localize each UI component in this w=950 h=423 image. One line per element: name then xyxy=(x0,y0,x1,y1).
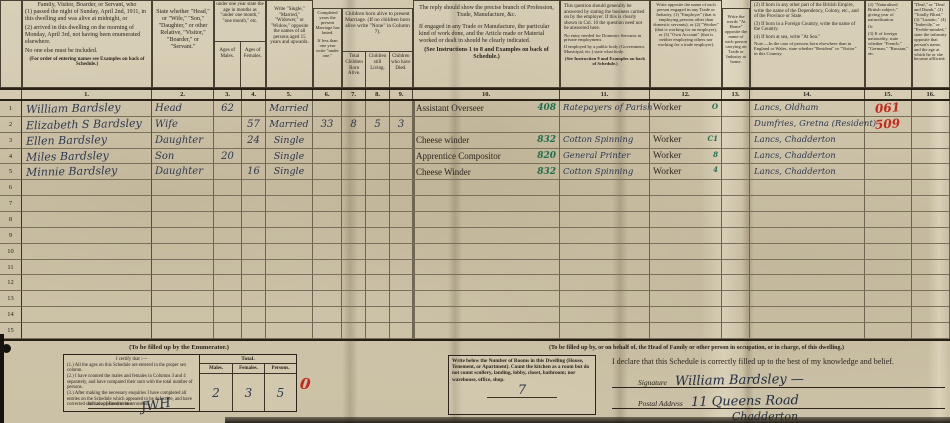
cell-industry xyxy=(560,180,650,196)
cell-age-males xyxy=(214,133,242,149)
row-number: 14 xyxy=(0,307,22,323)
cell-years-married xyxy=(313,323,342,339)
row-number: 5 xyxy=(0,164,22,180)
table-row: 7 xyxy=(0,196,950,212)
colnum-13: 13. xyxy=(722,90,750,99)
row-number: 10 xyxy=(0,244,22,260)
cell-age-males xyxy=(214,117,242,133)
declaration-block: I declare that this Schedule is correctl… xyxy=(612,357,945,423)
header-col15-item2: (2) "Naturalised British subject," givin… xyxy=(868,3,909,23)
cell-relationship-text: Wife xyxy=(152,119,178,130)
cell-relationship xyxy=(152,291,214,307)
signature-label: Signature xyxy=(638,378,667,387)
cell-relationship xyxy=(152,275,214,291)
row-number-text: 12 xyxy=(7,279,14,286)
cell-relationship-text: Daughter xyxy=(152,135,203,146)
cell-employment-status-code: C1 xyxy=(708,134,718,143)
cell-children-died-text: 3 xyxy=(398,119,404,130)
header-col3-4-ages: under one year state the age in months a… xyxy=(214,0,266,88)
cell-children-born xyxy=(342,101,366,117)
header-col12-employment-status: Write opposite the name of each person e… xyxy=(650,0,722,88)
cell-employment-status xyxy=(650,196,722,212)
cell-age-females xyxy=(242,307,266,323)
row-number: 8 xyxy=(0,212,22,228)
cell-name xyxy=(22,291,152,307)
cell-age-males: 62 xyxy=(214,101,242,117)
cell-industry xyxy=(560,260,650,276)
cell-age-males xyxy=(214,212,242,228)
header-col6-text: Completed years the present Marriage has… xyxy=(315,11,340,36)
cell-marital-status xyxy=(266,212,313,228)
cell-at-home xyxy=(722,275,750,291)
table-row: 2Elizabeth S BardsleyWife57Married33853D… xyxy=(0,117,950,133)
cell-name: Miles Bardsley xyxy=(22,149,152,165)
totals-females-value: 3 xyxy=(232,374,264,411)
cell-age-females xyxy=(242,275,266,291)
table-row: 14 xyxy=(0,307,950,323)
cell-age-females xyxy=(242,228,266,244)
table-row: 12 xyxy=(0,275,950,291)
cell-name: Elizabeth S Bardsley xyxy=(22,117,152,133)
cell-years-married xyxy=(313,275,342,291)
cell-marital-status: Single xyxy=(266,133,313,149)
row-number: 11 xyxy=(0,260,22,276)
cell-name-text: Elizabeth S Bardsley xyxy=(22,116,142,132)
totals-persons-value: 5 xyxy=(264,374,296,411)
cell-industry-text: Cotton Spinning xyxy=(560,135,633,145)
colnum-1: 1. xyxy=(22,90,152,99)
cell-marital-status: Single xyxy=(266,164,313,180)
cell-employment-status xyxy=(650,180,722,196)
header-col11-para4: (See Instruction 9 and Examples on back … xyxy=(564,57,646,67)
cell-employment-status xyxy=(650,275,722,291)
cell-infirmity xyxy=(912,228,950,244)
cell-children-living-text: 5 xyxy=(374,119,380,130)
cell-children-born: 8 xyxy=(342,117,366,133)
cell-marital-status-text: Single xyxy=(274,151,304,162)
rooms-heading: Write below the Number of Rooms in this … xyxy=(452,358,592,383)
header-ages-cut-line: under one year state the age in months a… xyxy=(215,1,265,41)
colnum-6: 6. xyxy=(313,90,342,99)
cell-relationship xyxy=(152,212,214,228)
cell-marital-status xyxy=(266,228,313,244)
rooms-box: Write below the Number of Rooms in this … xyxy=(448,355,596,415)
cell-name: Minnie Bardsley xyxy=(22,164,152,180)
cell-employment-status: WorkerO xyxy=(650,101,722,117)
cell-name: William Bardsley xyxy=(22,101,152,117)
header-row-number-column xyxy=(0,0,22,88)
cell-occupation xyxy=(413,260,560,276)
cell-children-born xyxy=(342,133,366,149)
row-number: 6 xyxy=(0,180,22,196)
header-col1-cut-line: Family, Visitor, Boarder, or Servant, wh… xyxy=(25,2,149,9)
cell-relationship: Daughter xyxy=(152,164,214,180)
cell-birthplace: Lancs, Chadderton xyxy=(750,133,865,149)
table-row: 3Ellen BardsleyDaughter24SingleCheese wi… xyxy=(0,133,950,149)
cell-name xyxy=(22,228,152,244)
cell-age-females-text: 57 xyxy=(247,119,260,130)
row-number: 9 xyxy=(0,228,22,244)
cell-nationality-code-text: 509 xyxy=(875,116,901,132)
header-col14-item2: (2) If born in any other part of the Bri… xyxy=(754,3,861,20)
cell-age-males xyxy=(214,164,242,180)
rooms-value: 7 xyxy=(487,384,557,398)
cell-years-married xyxy=(313,260,342,276)
header-col11-employer: This question should generally be answer… xyxy=(560,0,650,88)
cell-nationality-code-text: 061 xyxy=(875,101,901,117)
row-number-text: 1 xyxy=(9,105,12,112)
cell-years-married xyxy=(313,291,342,307)
header-col15-item3: (3) If of foreign nationality, state whe… xyxy=(868,32,909,57)
cell-infirmity xyxy=(912,149,950,165)
cell-at-home xyxy=(722,323,750,339)
cell-industry-text: General Printer xyxy=(560,151,630,161)
cell-employment-status xyxy=(650,228,722,244)
cell-name xyxy=(22,323,152,339)
cell-name xyxy=(22,212,152,228)
cell-occupation xyxy=(413,196,560,212)
cell-at-home xyxy=(722,196,750,212)
cell-employment-status xyxy=(650,212,722,228)
cell-children-living xyxy=(366,101,390,117)
cell-name-text: William Bardsley xyxy=(22,101,121,116)
cell-employment-status xyxy=(650,117,722,133)
totals-males-value: 2 xyxy=(200,374,232,411)
cell-birthplace: Lancs, Chadderton xyxy=(750,149,865,165)
row-number-text: 9 xyxy=(9,232,12,239)
cell-birthplace-text: Lancs, Chadderton xyxy=(750,135,836,145)
header-col11-para1: This question should generally be answer… xyxy=(564,4,646,32)
row-number: 4 xyxy=(0,149,22,165)
cell-employment-status xyxy=(650,244,722,260)
cell-at-home xyxy=(722,291,750,307)
cell-relationship xyxy=(152,260,214,276)
cell-children-died xyxy=(390,260,413,276)
footer-section: (To be filled up by the Enumerator.) I c… xyxy=(0,339,950,423)
postal-address-value: 11 Queens Road xyxy=(691,394,799,409)
cell-industry xyxy=(560,323,650,339)
cell-age-females-text: 24 xyxy=(247,135,260,146)
cell-children-died: 3 xyxy=(390,117,413,133)
header-col14-item4: (4) If born at sea, write "At Sea." xyxy=(754,35,861,41)
row-number-text: 6 xyxy=(9,184,12,191)
cell-occupation: Apprentice Compositor820 xyxy=(413,149,560,165)
cell-nationality-code xyxy=(865,196,912,212)
colnum-9: 9. xyxy=(390,90,413,99)
cell-years-married xyxy=(313,149,342,165)
table-row: 1William BardsleyHead62MarriedAssistant … xyxy=(0,101,950,117)
row-number-text: 10 xyxy=(7,248,14,255)
header-col11-para3: If employed by a public body (Government… xyxy=(564,45,646,55)
cell-age-females xyxy=(242,244,266,260)
cell-children-living xyxy=(366,275,390,291)
cell-children-died xyxy=(390,133,413,149)
header-col14-item3: (3) If born in a Foreign Country, write … xyxy=(754,22,861,33)
cell-birthplace-text: Lancs, Chadderton xyxy=(750,151,836,161)
cell-nationality-code: 509 xyxy=(865,117,912,133)
cell-birthplace xyxy=(750,244,865,260)
header-col10-para2: If engaged in any Trade or Manufacture, … xyxy=(419,24,554,45)
cell-children-died xyxy=(390,149,413,165)
cell-relationship xyxy=(152,307,214,323)
cell-industry xyxy=(560,228,650,244)
cell-occupation-text: Cheese Winder xyxy=(416,167,471,177)
cell-age-females xyxy=(242,323,266,339)
cell-employment-status-text: Worker xyxy=(653,103,681,113)
cell-children-living xyxy=(366,244,390,260)
cell-birthplace xyxy=(750,260,865,276)
cell-age-males-text: 62 xyxy=(221,103,234,114)
cell-children-born xyxy=(342,323,366,339)
enumerator-certification: I certify that :— (1.) All the ages on t… xyxy=(64,355,199,411)
cell-nationality-code xyxy=(865,149,912,165)
colnum-7: 7. xyxy=(342,90,366,99)
colnum-8: 8. xyxy=(366,90,390,99)
cell-employment-status: Worker4 xyxy=(650,164,722,180)
cell-relationship-text: Son xyxy=(152,151,174,162)
cell-age-females xyxy=(242,196,266,212)
cell-children-born xyxy=(342,212,366,228)
colnum-15: 15. xyxy=(865,90,912,99)
cell-marital-status xyxy=(266,260,313,276)
colnum-4: 4. xyxy=(242,90,266,99)
cell-children-born xyxy=(342,260,366,276)
cell-nationality-code xyxy=(865,133,912,149)
cell-infirmity xyxy=(912,180,950,196)
cell-years-married xyxy=(313,196,342,212)
cell-industry xyxy=(560,307,650,323)
cell-age-males xyxy=(214,323,242,339)
cell-industry xyxy=(560,275,650,291)
cell-children-born xyxy=(342,180,366,196)
cell-children-living xyxy=(366,291,390,307)
cell-children-born xyxy=(342,307,366,323)
cell-birthplace: Lancs, Chadderton xyxy=(750,164,865,180)
cell-birthplace: Lancs, Oldham xyxy=(750,101,865,117)
cell-occupation-code: 832 xyxy=(537,135,556,145)
header-col14-birthplace: (2) If born in any other part of the Bri… xyxy=(750,0,865,88)
cell-industry xyxy=(560,117,650,133)
row-number-text: 4 xyxy=(9,153,12,160)
cell-relationship xyxy=(152,323,214,339)
census-schedule-sheet: Family, Visitor, Boarder, or Servant, wh… xyxy=(0,0,950,423)
cell-employment-status-text: Worker xyxy=(653,151,681,161)
cell-birthplace-text: Dumfries, Gretna (Resident) xyxy=(750,119,876,129)
cell-name xyxy=(22,244,152,260)
cell-age-females: 16 xyxy=(242,164,266,180)
enumerator-item2: (2.) I have counted the males and female… xyxy=(67,374,196,391)
table-row: 8 xyxy=(0,212,950,228)
table-row: 11 xyxy=(0,260,950,276)
header-col5-marital: Write "Single," "Married," "Widower," or… xyxy=(266,0,313,88)
cell-occupation-code: 820 xyxy=(537,151,556,161)
cell-age-males xyxy=(214,180,242,196)
header-col14-note: Note.—In the case of persons born elsewh… xyxy=(754,42,861,57)
colnum-12: 12. xyxy=(650,90,722,99)
cell-children-living xyxy=(366,228,390,244)
declaration-text: I declare that this Schedule is correctl… xyxy=(612,357,945,367)
cell-nationality-code xyxy=(865,323,912,339)
cell-name xyxy=(22,180,152,196)
cell-occupation xyxy=(413,212,560,228)
header-col15-or: Or xyxy=(868,25,909,30)
cell-age-females xyxy=(242,149,266,165)
cell-age-males xyxy=(214,291,242,307)
cell-marital-status-text: Single xyxy=(274,135,304,146)
cell-age-males xyxy=(214,228,242,244)
scan-bottom-shadow xyxy=(225,417,950,423)
cell-years-married: 33 xyxy=(313,117,342,133)
cell-infirmity xyxy=(912,244,950,260)
cell-occupation xyxy=(413,244,560,260)
table-row: 5Minnie BardsleyDaughter16SingleCheese W… xyxy=(0,164,950,180)
header-col11-para2: No entry needed for Domestic Servants in… xyxy=(564,34,646,44)
cell-relationship: Wife xyxy=(152,117,214,133)
cell-children-died xyxy=(390,307,413,323)
row-number-text: 7 xyxy=(9,200,12,207)
cell-birthplace xyxy=(750,196,865,212)
cell-occupation: Cheese winder832 xyxy=(413,133,560,149)
cell-employment-status-code: O xyxy=(712,102,718,111)
cell-age-females xyxy=(242,260,266,276)
totals-males-label: Males. xyxy=(200,364,232,374)
cell-age-males xyxy=(214,196,242,212)
cell-at-home xyxy=(722,307,750,323)
table-row: 10 xyxy=(0,244,950,260)
cell-nationality-code: 061 xyxy=(865,101,912,117)
cell-children-died xyxy=(390,196,413,212)
cell-nationality-code xyxy=(865,180,912,196)
cell-employment-status-code: 4 xyxy=(713,165,718,174)
cell-occupation xyxy=(413,228,560,244)
cell-age-females xyxy=(242,291,266,307)
cell-employment-status xyxy=(650,260,722,276)
cell-children-born-text: 8 xyxy=(350,119,356,130)
cell-occupation-text: Assistant Overseer xyxy=(416,103,484,113)
cell-age-females: 24 xyxy=(242,133,266,149)
header-col15-nationality: (2) "Naturalised British subject," givin… xyxy=(865,0,912,88)
header-col7-9-children: Children born alive to present Marriage.… xyxy=(342,8,413,88)
cell-marital-status xyxy=(266,275,313,291)
enumerator-box-title: (To be filled up by the Enumerator.) xyxy=(63,344,295,351)
table-row: 9 xyxy=(0,228,950,244)
header-col1-name-instructions: Family, Visitor, Boarder, or Servant, wh… xyxy=(22,0,152,88)
cell-children-born xyxy=(342,244,366,260)
cell-industry: Cotton Spinning xyxy=(560,164,650,180)
cell-industry xyxy=(560,244,650,260)
cell-marital-status xyxy=(266,244,313,260)
colnum-16: 16. xyxy=(912,90,950,99)
header-col4-ages-females: Ages of Females. xyxy=(240,42,266,88)
header-col6-years-married: Completed years the present Marriage has… xyxy=(313,8,342,88)
cell-at-home xyxy=(722,149,750,165)
cell-children-born xyxy=(342,275,366,291)
cell-birthplace xyxy=(750,307,865,323)
row-number: 12 xyxy=(0,275,22,291)
row-number: 13 xyxy=(0,291,22,307)
cell-infirmity xyxy=(912,196,950,212)
header-col9-children-died: Children who have Died. xyxy=(389,52,412,88)
cell-years-married xyxy=(313,244,342,260)
cell-employment-status-text: Worker xyxy=(653,135,681,145)
cell-at-home xyxy=(722,260,750,276)
cell-children-living xyxy=(366,260,390,276)
cell-children-born xyxy=(342,196,366,212)
head-of-family-strip-title: (To be filled up by, or on behalf of, th… xyxy=(448,345,945,351)
cell-industry: General Printer xyxy=(560,149,650,165)
cell-occupation-code: 832 xyxy=(537,167,556,177)
cell-children-living xyxy=(366,164,390,180)
cell-children-living xyxy=(366,307,390,323)
cell-birthplace xyxy=(750,212,865,228)
header-col16-infirmity: "Deaf," or "Deaf and Dumb," (2) "Totally… xyxy=(912,0,950,88)
cell-occupation-code: 408 xyxy=(537,103,556,113)
cell-at-home xyxy=(722,244,750,260)
cell-at-home xyxy=(722,228,750,244)
colnum-blank xyxy=(0,90,22,99)
cell-name xyxy=(22,260,152,276)
cell-occupation-text: Cheese winder xyxy=(416,135,469,145)
cell-at-home xyxy=(722,164,750,180)
table-row: 4Miles BardsleySon20SingleApprentice Com… xyxy=(0,149,950,165)
cell-relationship-text: Daughter xyxy=(152,166,203,177)
header-col6-subtext: If less than one year write "under one." xyxy=(315,39,340,59)
row-number-text: 14 xyxy=(7,311,14,318)
totals-persons-label: Persons. xyxy=(264,364,296,374)
table-body: 1William BardsleyHead62MarriedAssistant … xyxy=(0,101,950,339)
row-number-text: 3 xyxy=(9,137,12,144)
cell-name: Ellen Bardsley xyxy=(22,133,152,149)
colnum-10: 10. xyxy=(413,90,560,99)
cell-industry-text: Ratepayers of Parish xyxy=(560,103,653,113)
table-row: 13 xyxy=(0,291,950,307)
cell-at-home xyxy=(722,212,750,228)
cell-nationality-code xyxy=(865,291,912,307)
cell-nationality-code xyxy=(865,244,912,260)
cell-occupation xyxy=(413,291,560,307)
cell-age-females xyxy=(242,180,266,196)
header-col1-item1: (1) passed the night of Sunday, April 2n… xyxy=(25,9,149,23)
cell-marital-status xyxy=(266,307,313,323)
cell-birthplace-text: Lancs, Oldham xyxy=(750,103,818,113)
row-number-text: 13 xyxy=(7,295,14,302)
cell-marital-status-text: Single xyxy=(274,166,304,177)
cell-children-born xyxy=(342,149,366,165)
cell-at-home xyxy=(722,117,750,133)
row-number: 2 xyxy=(0,117,22,133)
cell-infirmity xyxy=(912,101,950,117)
cell-marital-status-text: Married xyxy=(269,119,308,130)
cell-name-text: Miles Bardsley xyxy=(22,149,109,164)
cell-marital-status xyxy=(266,323,313,339)
cell-nationality-code xyxy=(865,228,912,244)
punch-hole-mark xyxy=(2,344,11,353)
red-check-mark: 0 xyxy=(299,375,311,394)
cell-infirmity xyxy=(912,260,950,276)
cell-children-died xyxy=(390,228,413,244)
cell-industry xyxy=(560,291,650,307)
row-number-text: 5 xyxy=(9,168,12,175)
cell-marital-status xyxy=(266,291,313,307)
cell-relationship xyxy=(152,228,214,244)
cell-relationship-text: Head xyxy=(152,103,182,114)
cell-years-married xyxy=(313,101,342,117)
cell-marital-status: Single xyxy=(266,149,313,165)
header-children-group-text: Children born alive to present Marriage.… xyxy=(343,9,412,51)
table-row: 6 xyxy=(0,180,950,196)
colnum-5: 5. xyxy=(266,90,313,99)
cell-relationship xyxy=(152,244,214,260)
